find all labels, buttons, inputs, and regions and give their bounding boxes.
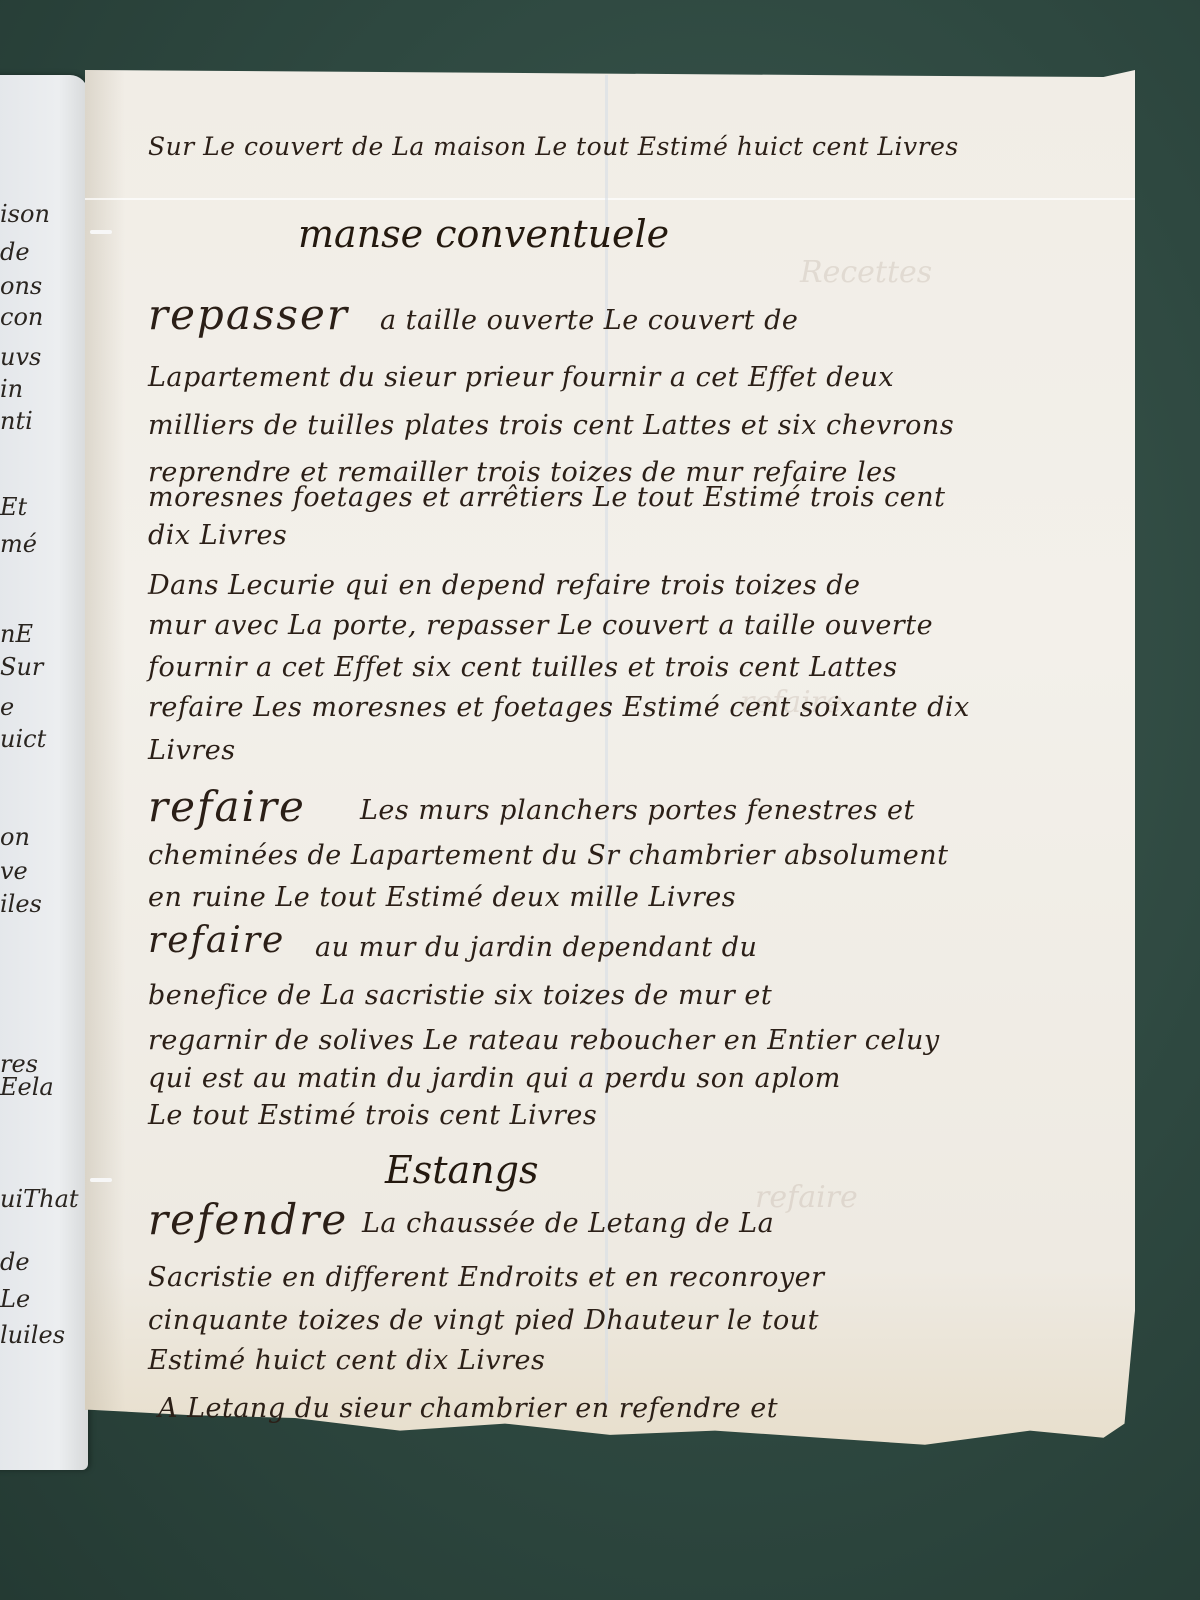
text-line: cheminées de Lapartement du Sr chambrier… bbox=[148, 840, 948, 871]
left-page-fragment: on bbox=[0, 823, 30, 851]
text-line: milliers de tuilles plates trois cent La… bbox=[148, 410, 954, 441]
left-page-fragment: Et bbox=[0, 493, 27, 521]
text-line: mur avec La porte, repasser Le couvert a… bbox=[148, 610, 933, 641]
left-page-fragment: ison bbox=[0, 200, 50, 228]
text-line: dix Livres bbox=[148, 520, 287, 551]
left-page-fragment: Eela bbox=[0, 1073, 54, 1101]
text-line: benefice de La sacristie six toizes de m… bbox=[148, 980, 772, 1011]
left-page-fragment: luiles bbox=[0, 1321, 65, 1349]
text-line: Le tout Estimé trois cent Livres bbox=[148, 1100, 597, 1131]
left-page-fragment: in bbox=[0, 375, 23, 403]
entry-lead-word: refendre bbox=[148, 1195, 348, 1244]
entry-lead-word: refaire bbox=[148, 920, 285, 961]
text-line: Sur Le couvert de La maison Le tout Esti… bbox=[148, 132, 959, 161]
left-page-fragment: iles bbox=[0, 890, 42, 918]
text-line: au mur du jardin dependant du bbox=[315, 932, 757, 963]
left-page-fragment: e bbox=[0, 693, 14, 721]
text-line: a taille ouverte Le couvert de bbox=[380, 305, 798, 336]
entry-lead-word: repasser bbox=[148, 290, 349, 339]
text-line: qui est au matin du jardin qui a perdu s… bbox=[148, 1063, 841, 1094]
left-page-fragment: Le bbox=[0, 1285, 30, 1313]
text-line: moresnes foetages et arrêtiers Le tout E… bbox=[148, 482, 945, 513]
left-page-fragment: uict bbox=[0, 725, 46, 753]
fold-line-horizontal bbox=[85, 198, 1135, 200]
text-line: Les murs planchers portes fenestres et bbox=[360, 795, 915, 826]
left-page-fragment: uvs bbox=[0, 343, 41, 371]
text-line: fournir a cet Effet six cent tuilles et … bbox=[148, 652, 898, 683]
left-page-fragment: nE bbox=[0, 620, 33, 648]
text-line: Sacristie en different Endroits et en re… bbox=[148, 1262, 824, 1293]
text-line: refaire Les moresnes et foetages Estimé … bbox=[148, 692, 970, 723]
entry-lead-word: refaire bbox=[148, 782, 306, 831]
left-page-fragment: nti bbox=[0, 407, 33, 435]
left-page-fragment: de bbox=[0, 238, 30, 266]
reverse-show-through: Recettes bbox=[800, 255, 932, 290]
left-facing-page: ison de ons con uvs in nti Et mé nE Sur … bbox=[0, 75, 88, 1470]
left-page-fragment: mé bbox=[0, 530, 37, 558]
text-line: Dans Lecurie qui en depend refaire trois… bbox=[148, 570, 861, 601]
text-line: A Letang du sieur chambrier en refendre … bbox=[158, 1393, 778, 1424]
binding-stitch bbox=[90, 230, 112, 234]
text-line: Estimé huict cent dix Livres bbox=[148, 1345, 545, 1376]
left-page-fragment: con bbox=[0, 303, 43, 331]
text-line: regarnir de solives Le rateau reboucher … bbox=[148, 1025, 940, 1056]
text-line: La chaussée de Letang de La bbox=[362, 1208, 774, 1239]
fold-line-vertical bbox=[605, 75, 608, 1405]
left-page-fragment: uiThat bbox=[0, 1185, 79, 1213]
text-line: Lapartement du sieur prieur fournir a ce… bbox=[148, 362, 894, 393]
left-page-fragment: ons bbox=[0, 272, 42, 300]
left-page-fragment: Sur bbox=[0, 653, 43, 681]
section-heading-manse-conventuele: manse conventuele bbox=[298, 212, 669, 256]
text-line: cinquante toizes de vingt pied Dhauteur … bbox=[148, 1305, 819, 1336]
text-line: Livres bbox=[148, 735, 236, 766]
left-page-fragment: ve bbox=[0, 857, 28, 885]
binding-stitch bbox=[90, 1178, 112, 1182]
left-page-fragment: de bbox=[0, 1248, 30, 1276]
section-heading-estangs: Estangs bbox=[385, 1148, 538, 1192]
page-gutter bbox=[85, 70, 125, 1410]
text-line: en ruine Le tout Estimé deux mille Livre… bbox=[148, 882, 736, 913]
